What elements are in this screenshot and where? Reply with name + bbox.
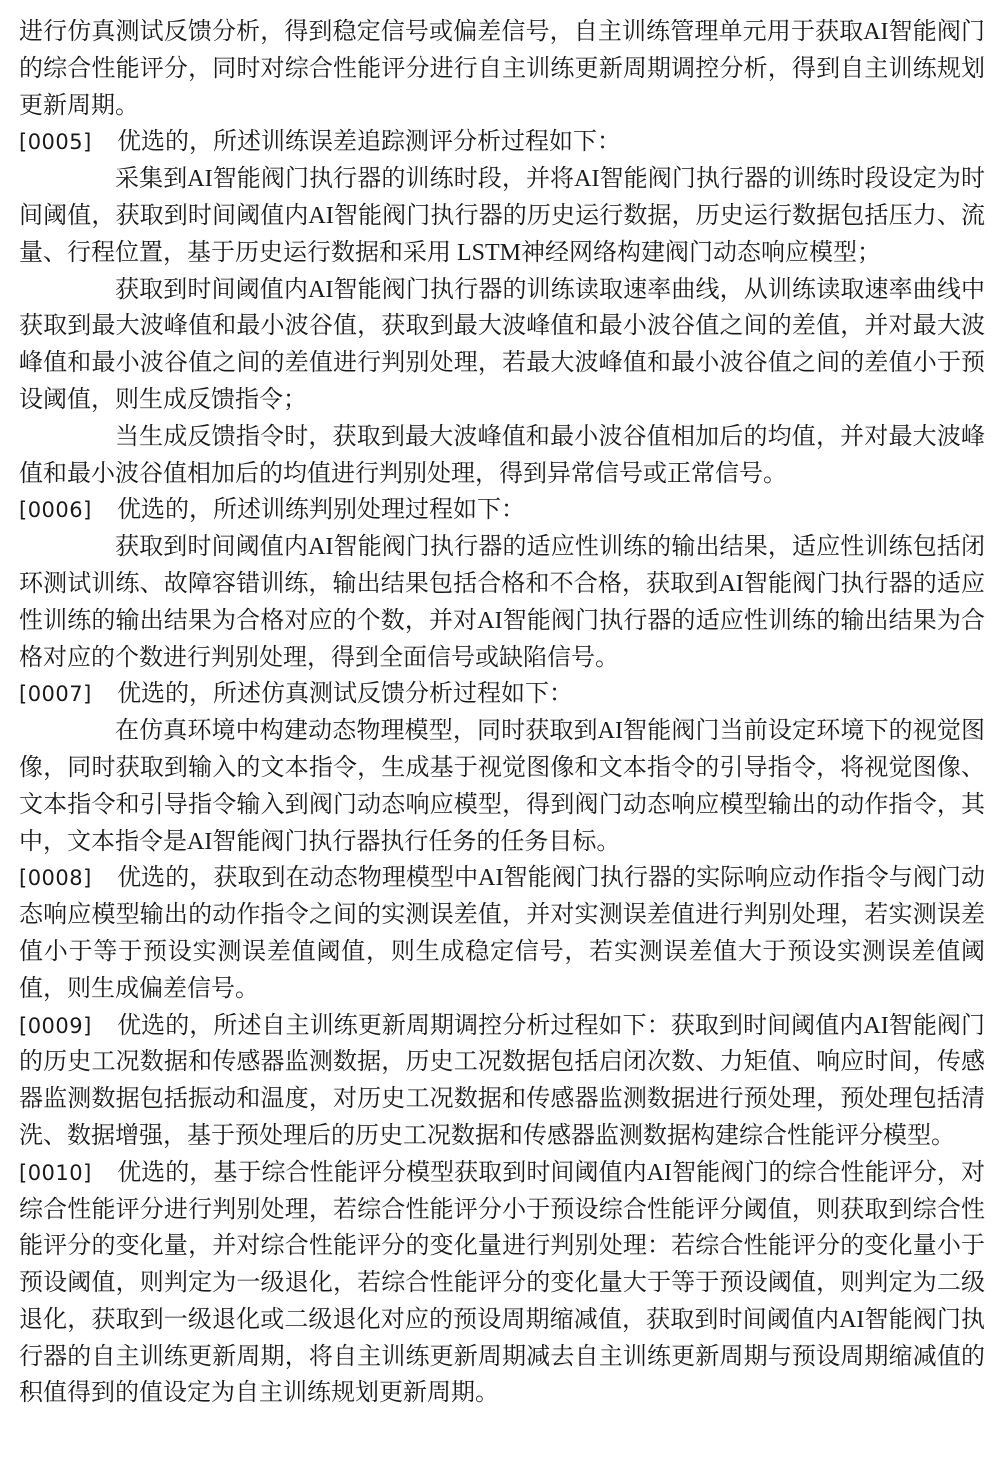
paragraph-number: [0010] — [19, 1155, 117, 1192]
paragraph-number: [0008] — [19, 860, 117, 897]
paragraph-text: 优选的，所述训练判别处理过程如下： — [117, 497, 525, 523]
patent-paragraph: 进行仿真测试反馈分析，得到稳定信号或偏差信号，自主训练管理单元用于获取AI智能阀… — [19, 14, 985, 124]
patent-paragraph: [0005]优选的，所述训练误差追踪测评分析过程如下： — [19, 124, 985, 161]
paragraph-number: [0009] — [19, 1008, 117, 1045]
paragraph-number: [0006] — [19, 492, 117, 529]
patent-paragraph: [0008]优选的，获取到在动态物理模型中AI智能阀门执行器的实际响应动作指令与… — [19, 860, 985, 1007]
paragraph-number: [0005] — [19, 124, 117, 161]
paragraph-text: 优选的，基于综合性能评分模型获取到时间阈值内AI智能阀门的综合性能评分，对综合性… — [19, 1160, 985, 1407]
patent-paragraph: 采集到AI智能阀门执行器的训练时段，并将AI智能阀门执行器的训练时段设定为时间阈… — [19, 161, 985, 271]
patent-paragraph: 当生成反馈指令时，获取到最大波峰值和最小波谷值相加后的均值，并对最大波峰值和最小… — [19, 419, 985, 493]
patent-document-page: 进行仿真测试反馈分析，得到稳定信号或偏差信号，自主训练管理单元用于获取AI智能阀… — [0, 0, 1000, 1470]
paragraph-text: 优选的，所述训练误差追踪测评分析过程如下： — [117, 129, 621, 155]
paragraph-text: 优选的，所述仿真测试反馈分析过程如下： — [117, 681, 573, 707]
patent-paragraph: [0007]优选的，所述仿真测试反馈分析过程如下： — [19, 676, 985, 713]
patent-paragraph: [0009]优选的，所述自主训练更新周期调控分析过程如下：获取到时间阈值内AI智… — [19, 1008, 985, 1155]
patent-paragraph: 获取到时间阈值内AI智能阀门执行器的适应性训练的输出结果，适应性训练包括闭环测试… — [19, 529, 985, 676]
patent-paragraph: [0010]优选的，基于综合性能评分模型获取到时间阈值内AI智能阀门的综合性能评… — [19, 1155, 985, 1413]
paragraph-number: [0007] — [19, 676, 117, 713]
paragraph-text: 优选的，获取到在动态物理模型中AI智能阀门执行器的实际响应动作指令与阀门动态响应… — [19, 865, 985, 1001]
patent-paragraph: 获取到时间阈值内AI智能阀门执行器的训练读取速率曲线，从训练读取速率曲线中获取到… — [19, 272, 985, 419]
paragraph-text: 优选的，所述自主训练更新周期调控分析过程如下：获取到时间阈值内AI智能阀门的历史… — [19, 1013, 985, 1149]
patent-text-block: 进行仿真测试反馈分析，得到稳定信号或偏差信号，自主训练管理单元用于获取AI智能阀… — [19, 14, 985, 1412]
patent-paragraph: [0006]优选的，所述训练判别处理过程如下： — [19, 492, 985, 529]
patent-paragraph: 在仿真环境中构建动态物理模型，同时获取到AI智能阀门当前设定环境下的视觉图像，同… — [19, 713, 985, 860]
